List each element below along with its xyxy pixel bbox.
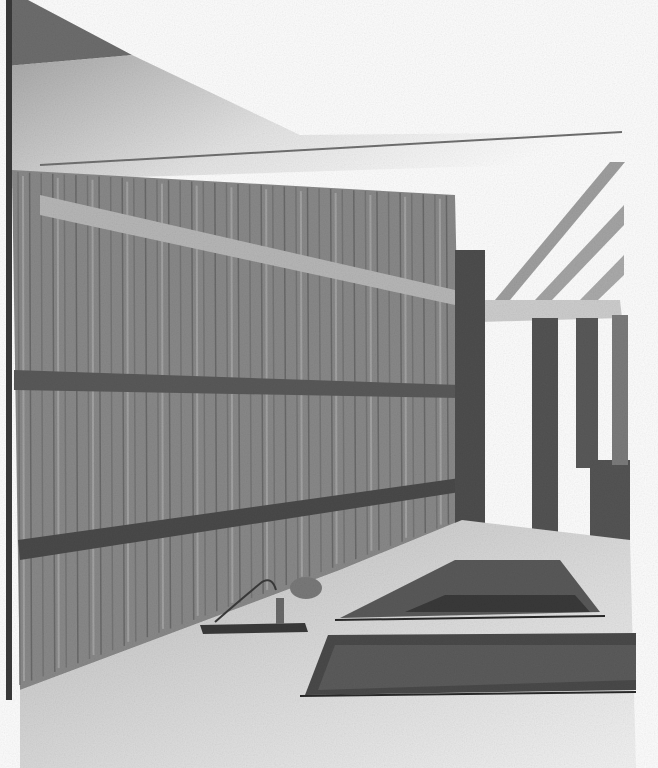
architectural-photo: [0, 0, 658, 768]
sculpture-stem: [276, 598, 284, 624]
column-3: [576, 318, 598, 468]
right-pillar: [612, 315, 628, 465]
low-block: [590, 460, 630, 545]
column-2: [532, 318, 558, 538]
sculpture-head: [290, 577, 322, 599]
column-1: [455, 250, 485, 540]
left-edge: [6, 0, 12, 700]
photo-canvas: [0, 0, 658, 768]
